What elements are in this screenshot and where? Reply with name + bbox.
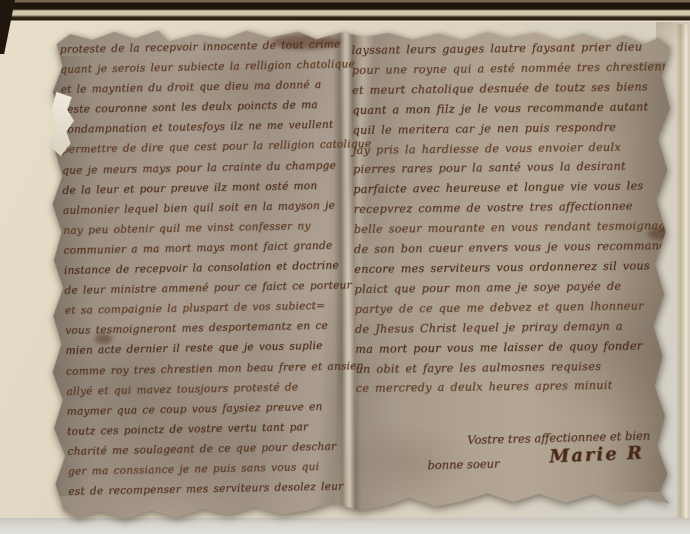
right-page-text: layssant leurs gauges lautre faysant pri… xyxy=(351,37,663,399)
left-page-text: proteste de la recepvoir innocente de to… xyxy=(60,34,347,501)
manuscript-line: est de recompenser mes serviteurs desole… xyxy=(68,476,346,501)
manuscript-line: ce mercredy a deulx heures apres minuit xyxy=(356,376,664,400)
framed-manuscript-photo: proteste de la recepvoir innocente de to… xyxy=(0,0,690,534)
closing-line-2: bonne soeur xyxy=(427,456,499,472)
picture-frame-top-molding xyxy=(0,0,690,22)
manuscript-sheet: proteste de la recepvoir innocente de to… xyxy=(46,22,681,524)
signature-marie-r: Marie R xyxy=(549,442,644,467)
manuscript-line: ma mort pour vous me laisser de quoy fon… xyxy=(355,336,663,360)
manuscript-paper: proteste de la recepvoir innocente de to… xyxy=(46,22,681,524)
